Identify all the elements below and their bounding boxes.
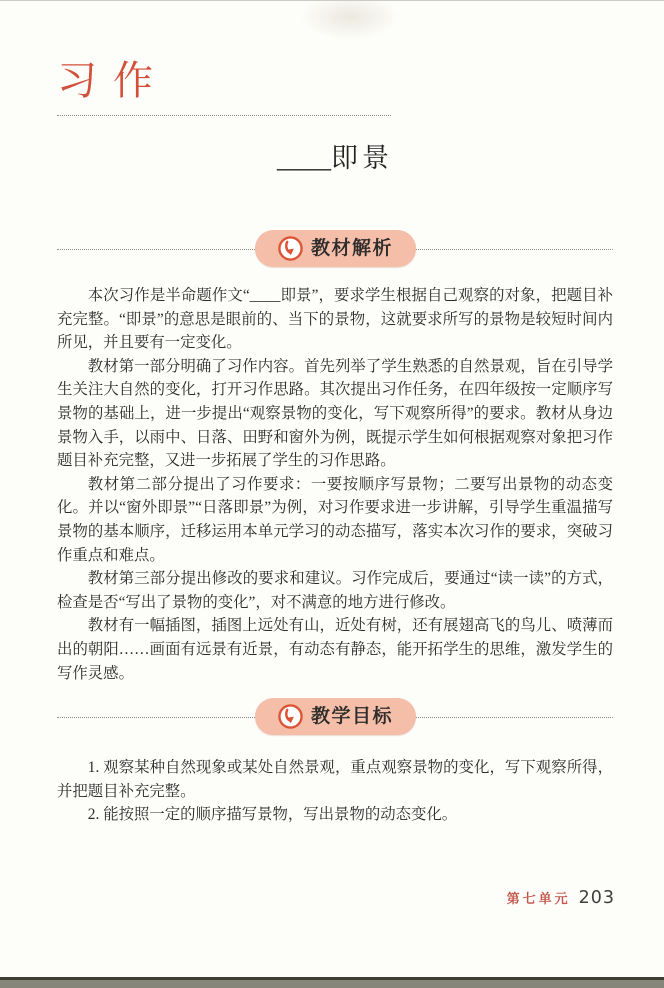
page-footer: 第七单元 203 xyxy=(507,888,615,908)
paragraph: 教材第三部分提出修改的要求和建议。习作完成后，要通过“读一读”的方式，检查是否“… xyxy=(57,567,613,614)
down-arrow-icon xyxy=(277,703,304,730)
composition-title: ____即景 xyxy=(57,139,613,177)
objective-item: 2. 能按照一定的顺序描写景物，写出景物的动态变化。 xyxy=(57,803,613,827)
title-blank-line: ____ xyxy=(277,143,331,173)
title-text: 即景 xyxy=(331,143,393,173)
objectives-body: 1. 观察某种自然现象或某处自然景观，重点观察景物的变化，写下观察所得，并把题目… xyxy=(57,756,613,827)
section-divider-objectives: 教学目标 xyxy=(57,698,613,735)
unit-label: 第七单元 xyxy=(507,888,571,907)
section-badge-analysis: 教材解析 xyxy=(255,230,416,267)
paragraph: 教材有一幅插图，插图上远处有山，近处有树，还有展翅高飞的鸟儿、喷薄而出的朝阳……… xyxy=(57,614,613,685)
paragraph: 本次习作是半命题作文“____即景”，要求学生根据自己观察的对象，把题目补充完整… xyxy=(57,284,613,355)
section-badge-objectives: 教学目标 xyxy=(255,698,416,735)
section-divider-analysis: 教材解析 xyxy=(57,230,613,267)
analysis-body: 本次习作是半命题作文“____即景”，要求学生根据自己观察的对象，把题目补充完整… xyxy=(57,284,613,685)
scan-smudge xyxy=(300,0,400,40)
header-dotted-rule xyxy=(57,115,391,116)
scan-bottom-edge xyxy=(0,977,664,988)
paragraph: 教材第二部分提出了习作要求：一要按顺序写景物；二要写出景物的动态变化。并以“窗外… xyxy=(57,473,613,567)
down-arrow-icon xyxy=(277,235,304,262)
objective-item: 1. 观察某种自然现象或某处自然景观，重点观察景物的变化，写下观察所得，并把题目… xyxy=(57,756,613,803)
paragraph: 教材第一部分明确了习作内容。首先列举了学生熟悉的自然景观，旨在引导学生关注大自然… xyxy=(57,355,613,473)
page-section-label: 习作 xyxy=(57,60,613,102)
section-badge-label: 教材解析 xyxy=(311,239,393,258)
section-badge-label: 教学目标 xyxy=(311,707,393,726)
page-number: 203 xyxy=(579,888,615,908)
book-page: 习作 ____即景 教材解析 本次习作是半命题作文“____即景”，要求学生根据… xyxy=(0,0,664,988)
